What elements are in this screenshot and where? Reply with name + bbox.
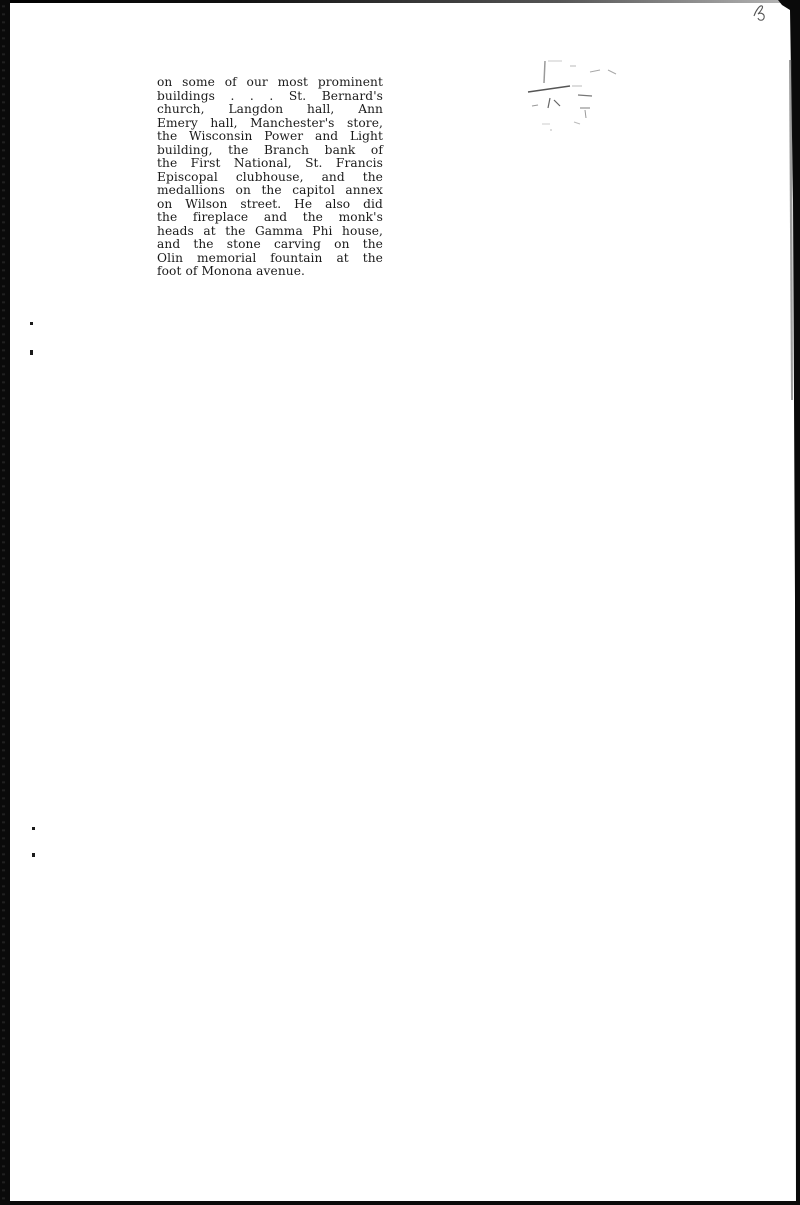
scan-border-bottom [0,1201,800,1205]
binder-hole-mark-4 [32,853,35,857]
text-line: Episcopalclubhouse,andthe [157,171,383,185]
text-line: onsomeofourmostprominent [157,76,383,90]
article-text-column: onsomeofourmostprominent buildings...St.… [157,76,383,279]
handwritten-corner-mark [750,2,774,29]
text-line: medallionsonthecapitolannex [157,184,383,198]
text-line: building,theBranchbankof [157,144,383,158]
binder-hole-mark-2 [30,350,33,355]
text-line: headsattheGammaPhihouse, [157,225,383,239]
scan-border-right-shape [760,0,800,1205]
pencil-notation-scribble [510,58,630,148]
text-line: buildings...St.Bernard's [157,90,383,104]
text-line: Emeryhall,Manchester'sstore, [157,117,383,131]
text-line: thefireplaceandthemonk's [157,211,383,225]
scan-border-left [0,0,10,1205]
text-line: theFirstNational,St.Francis [157,157,383,171]
binder-hole-mark-3 [32,827,35,830]
binder-hole-mark-1 [30,322,33,325]
handwritten-mark-icon [750,2,774,24]
text-line: Olinmemorialfountainatthe [157,252,383,266]
pencil-notation [510,58,630,153]
text-line: onWilsonstreet.Healsodid [157,198,383,212]
text-line: andthestonecarvingonthe [157,238,383,252]
text-line: church,Langdonhall,Ann [157,103,383,117]
scan-border-top [0,0,800,3]
text-line: theWisconsinPowerandLight [157,130,383,144]
text-line-last: foot of Monona avenue. [157,265,383,279]
